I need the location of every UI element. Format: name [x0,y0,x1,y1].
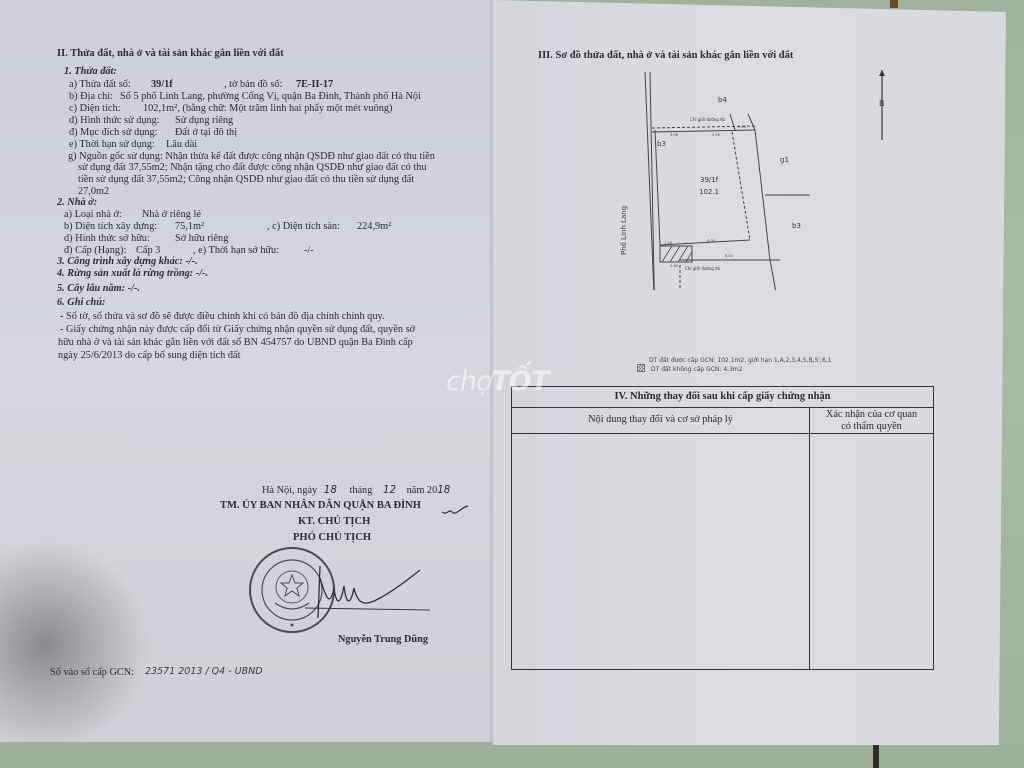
production-forest: 4. Rừng sản xuất là rừng trồng: -/-. [57,268,208,280]
signature [300,558,430,628]
house-heading: 2. Nhà ở: [57,197,97,209]
dimension-label: 5.00 [707,239,715,243]
legend-not-granted-area: DT đất không cấp GCN: 4,3m2 [651,366,743,373]
notes-heading: 6. Ghi chú: [57,297,105,309]
header-divider [512,433,933,434]
authority-name: TM. ỦY BAN NHÂN DÂN QUẬN BA ĐÌNH [220,500,421,512]
confirmation-header-line-1: Xác nhận của cơ quan [810,409,933,421]
dimension-label: 2.03 [738,125,746,129]
usage-form-label: d) Hình thức sử dụng: [69,115,160,127]
signer-name: Nguyễn Trung Dũng [338,634,428,646]
ownership-term-label: , e) Thời hạn sở hữu: [193,245,279,257]
date-year-label: năm 20 [407,485,438,496]
dimension-label: 6.44 [725,254,734,258]
initial-mark [440,500,470,550]
note-line-4: ngày 25/6/2013 do cấp bổ sung diện tích … [58,350,240,362]
legend-granted-area: DT đất được cấp GCN: 102,1m2, giới hạn 1… [649,357,832,364]
background-object [873,745,879,768]
road-boundary-label: Chỉ giới đường đỏ [685,266,721,271]
usage-purpose-value: Đất ở tại đô thị [175,127,237,139]
confirmation-column-header: Xác nhận của cơ quan có thẩm quyền [810,409,933,433]
hatch-legend-icon [637,364,645,372]
date-day: 18 [324,484,337,496]
vice-chair-title: PHÓ CHỦ TỊCH [293,532,371,544]
date-prefix: Hà Nội, ngày [262,485,317,496]
map-sheet-value: 7E-II-17 [296,79,333,91]
for-chair-title: KT. CHỦ TỊCH [298,516,370,528]
building-area-label: b) Diện tích xây dựng: [64,221,157,233]
land-heading: 1. Thửa đất: [64,66,117,78]
house-type-value: Nhà ở riêng lẻ [142,209,201,221]
parcel-number-value: 39/1f [151,79,173,91]
ownership-term-value: -/- [304,245,314,257]
date-month-label: tháng [349,485,372,496]
confirmation-header-line-2: có thẩm quyền [810,421,933,433]
ownership-form-label: d) Hình thức sở hữu: [64,233,150,245]
neighbor-label: b3 [657,140,666,148]
watermark-part-2: TỐT [491,366,548,397]
dimension-label: 3.36 [712,133,720,137]
registry-value: 23571 2013 / Q4 - UBND [145,666,263,677]
parcel-area: 102.1 [699,188,719,196]
note-line-2: - Giấy chứng nhận này được cấp đổi từ Gi… [60,324,415,336]
north-label: B [879,99,885,108]
note-line-3: hữu nhà ở và tài sản khác gắn liền với đ… [58,337,413,349]
dimension-label: 1.20 [664,241,672,245]
floor-area-label: , c) Diện tích sàn: [267,221,340,233]
section-ii-title: II. Thửa đất, nhà ở và tài sản khác gắn … [57,48,284,60]
column-divider [809,407,810,669]
date-year-suffix: 18 [437,484,450,496]
neighbor-label: b4 [718,96,727,104]
watermark-part-1: chợ [446,366,491,397]
usage-form-value: Sử dụng riêng [175,115,233,127]
note-line-1: - Số tờ, số thửa và sơ đồ sẽ được điều c… [60,311,385,323]
parcel-diagram: B b4 b3 g1 b3 b7 39/1f 102.1 Chỉ giới đư… [560,70,890,290]
finger-shadow [0,540,150,750]
dimension-label: 2.90 [670,264,678,268]
parcel-id: 39/1f [700,176,719,184]
address-label: b) Địa chỉ: [69,91,113,103]
origin-line-2: sử dụng đất 37,55m2; Nhận tặng cho đất đ… [78,162,427,174]
other-construction: 3. Công trình xây dựng khác: -/-. [57,256,198,268]
usage-purpose-label: đ) Mục đích sử dụng: [69,127,158,139]
registry-label: Số vào sổ cấp GCN: [50,667,134,679]
date-month: 12 [383,484,396,496]
neighbor-label: b3 [792,222,801,230]
area-label: c) Diện tích: [69,103,120,115]
changes-column-header: Nội dung thay đổi và cơ sở pháp lý [512,407,809,433]
changes-table: IV. Những thay đổi sau khi cấp giấy chứn… [511,386,934,670]
origin-line-3: tiền sử dụng đất 37,55m2; Công nhận QSDĐ… [78,174,414,186]
section-iii-title: III. Sơ đồ thửa đất, nhà ở và tài sản kh… [538,50,793,62]
background-object [890,0,898,8]
signing-date: Hà Nội, ngày 18 tháng 12 năm 2018 [262,484,450,497]
house-type-label: a) Loại nhà ở: [64,209,122,221]
street-name: Phố Linh Lang [620,206,628,255]
chotot-watermark: chợTỐT [446,366,548,397]
building-area-value: 75,1m² [175,221,204,233]
neighbor-label: g1 [780,156,789,164]
perennial-trees: 5. Cây lâu năm: -/-. [57,283,140,295]
parcel-number-label: a) Thửa đất số: [69,79,131,91]
map-sheet-label: , tờ bản đồ số: [224,79,282,91]
dimension-label: 3.08 [670,133,678,137]
usage-term-value: Lâu dài [166,139,197,151]
ownership-form-value: Sở hữu riêng [175,233,228,245]
area-value: 102,1m², (bằng chữ: Một trăm linh hai ph… [143,103,392,115]
address-value: Số 5 phố Linh Lang, phường Cống Vị, quận… [120,91,421,103]
usage-term-label: e) Thời hạn sử dụng: [69,139,155,151]
floor-area-value: 224,9m² [357,221,391,233]
road-boundary-label: Chỉ giới đường đỏ [690,117,726,122]
changes-table-title: IV. Những thay đổi sau khi cấp giấy chứn… [512,387,933,408]
